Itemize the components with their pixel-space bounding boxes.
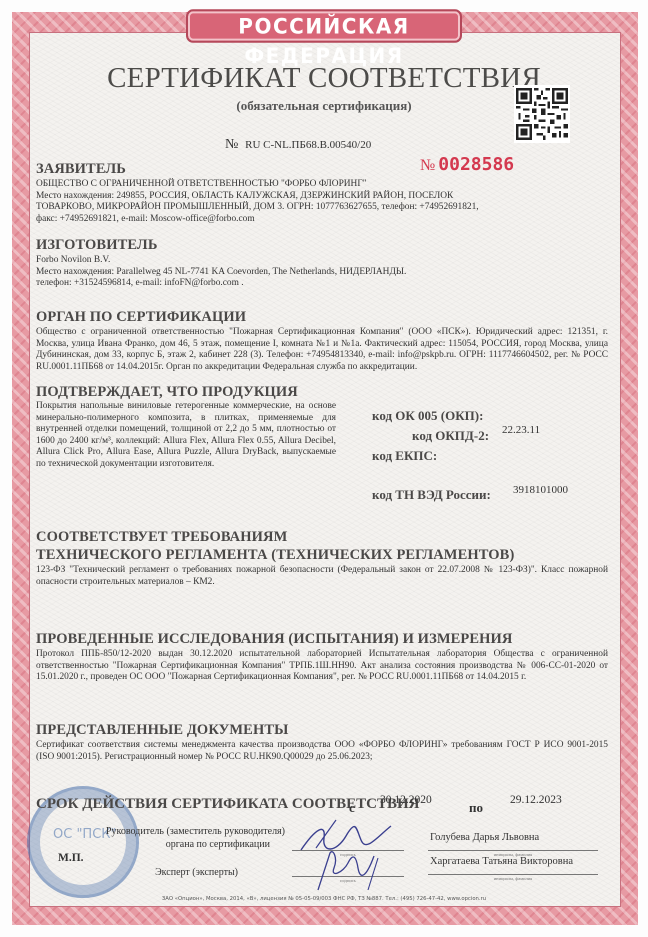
head-label-1: Руководитель (заместитель руководителя) bbox=[100, 826, 285, 837]
requirements-heading-1: СООТВЕТСТВУЕТ ТРЕБОВАНИЯМ bbox=[36, 530, 608, 545]
expert-name-caption: инициалы, фамилия bbox=[428, 876, 598, 881]
head-label-2: органа по сертификации bbox=[100, 839, 270, 850]
applicant-address-2: ТОВАРКОВО, МИКРОРАЙОН ПРОМЫШЛЕННЫЙ, ДОМ … bbox=[36, 202, 608, 214]
code-okp-label: код ОК 005 (ОКП): bbox=[372, 408, 483, 424]
expert-signature-icon bbox=[308, 848, 388, 898]
code-okpd2-value: 22.23.11 bbox=[502, 424, 540, 436]
expert-name-line bbox=[428, 874, 598, 875]
tests-heading: ПРОВЕДЕННЫЕ ИССЛЕДОВАНИЯ (ИСПЫТАНИЯ) И И… bbox=[36, 632, 608, 647]
applicant-section: ЗАЯВИТЕЛЬ ОБЩЕСТВО С ОГРАНИЧЕННОЙ ОТВЕТС… bbox=[36, 162, 608, 225]
number-sign: № bbox=[225, 137, 238, 152]
validity-to-word: по bbox=[469, 800, 483, 816]
validity-heading: СРОК ДЕЙСТВИЯ СЕРТИФИКАТА СООТВЕТСТВИЯ bbox=[36, 796, 419, 812]
product-heading: ПОДТВЕРЖДАЕТ, ЧТО ПРОДУКЦИЯ bbox=[36, 385, 336, 400]
tests-section: ПРОВЕДЕННЫЕ ИССЛЕДОВАНИЯ (ИСПЫТАНИЯ) И И… bbox=[36, 632, 608, 684]
printer-footer: ЗАО «Опцион», Москва, 2014, «В», лицензи… bbox=[0, 896, 648, 902]
applicant-address-1: Место нахождения: 249855, РОССИЯ, ОБЛАСТ… bbox=[36, 191, 608, 203]
tests-text: Протокол ППБ-850/12-2020 выдан 30.12.202… bbox=[36, 649, 608, 684]
product-section: ПОДТВЕРЖДАЕТ, ЧТО ПРОДУКЦИЯ Покрытия нап… bbox=[36, 385, 336, 471]
validity-to-date: 29.12.2023 bbox=[510, 794, 562, 806]
expert-name: Харгатаева Татьяна Викторовна bbox=[430, 856, 573, 867]
code-ekps-label: код ЕКПС: bbox=[372, 448, 437, 464]
manufacturer-section: ИЗГОТОВИТЕЛЬ Forbo Novilon B.V. Место на… bbox=[36, 238, 608, 290]
validity-from-date: 30.12.2020 bbox=[380, 794, 432, 806]
country-badge: РОССИЙСКАЯ ФЕДЕРАЦИЯ bbox=[186, 9, 462, 43]
requirements-heading-2: ТЕХНИЧЕСКОГО РЕГЛАМЕНТА (ТЕХНИЧЕСКИХ РЕГ… bbox=[36, 548, 608, 563]
certification-body-text: Общество с ограниченной ответственностью… bbox=[36, 327, 608, 373]
certification-body-heading: ОРГАН ПО СЕРТИФИКАЦИИ bbox=[36, 310, 608, 325]
code-okpd2-label: код ОКПД-2: bbox=[412, 428, 489, 444]
code-tnved-value: 3918101000 bbox=[513, 484, 568, 496]
validity-from-word: с bbox=[349, 800, 355, 816]
seal-label: М.П. bbox=[58, 852, 84, 864]
documents-section: ПРЕДСТАВЛЕННЫЕ ДОКУМЕНТЫ Сертификат соот… bbox=[36, 723, 608, 763]
head-name: Голубева Дарья Львовна bbox=[430, 832, 539, 843]
expert-label: Эксперт (эксперты) bbox=[100, 867, 238, 878]
manufacturer-contacts: телефон: +31524596814, e-mail: infoFN@fo… bbox=[36, 278, 608, 290]
requirements-text: 123-ФЗ "Технический регламент о требован… bbox=[36, 565, 608, 588]
documents-text: Сертификат соответствия системы менеджме… bbox=[36, 740, 608, 763]
applicant-name: ОБЩЕСТВО С ОГРАНИЧЕННОЙ ОТВЕТСТВЕННОСТЬЮ… bbox=[36, 179, 608, 191]
applicant-contacts: факс: +74952691821, e-mail: Moscow-offic… bbox=[36, 214, 608, 226]
code-tnved-label: код ТН ВЭД России: bbox=[372, 487, 491, 503]
documents-heading: ПРЕДСТАВЛЕННЫЕ ДОКУМЕНТЫ bbox=[36, 723, 608, 738]
certificate-number-value: RU C-NL.ПБ68.В.00540/20 bbox=[245, 139, 371, 151]
manufacturer-address: Место нахождения: Parallelweg 45 NL-7741… bbox=[36, 267, 608, 279]
head-name-line bbox=[428, 850, 598, 851]
certification-body-section: ОРГАН ПО СЕРТИФИКАЦИИ Общество с огранич… bbox=[36, 310, 608, 373]
applicant-heading: ЗАЯВИТЕЛЬ bbox=[36, 162, 608, 177]
requirements-section: СООТВЕТСТВУЕТ ТРЕБОВАНИЯМ ТЕХНИЧЕСКОГО Р… bbox=[36, 530, 608, 588]
product-description: Покрытия напольные виниловые гетерогенны… bbox=[36, 401, 336, 471]
manufacturer-heading: ИЗГОТОВИТЕЛЬ bbox=[36, 238, 608, 253]
certificate-number: № RU C-NL.ПБ68.В.00540/20 bbox=[225, 137, 371, 153]
qr-code-icon bbox=[514, 85, 570, 143]
manufacturer-name: Forbo Novilon B.V. bbox=[36, 255, 608, 267]
